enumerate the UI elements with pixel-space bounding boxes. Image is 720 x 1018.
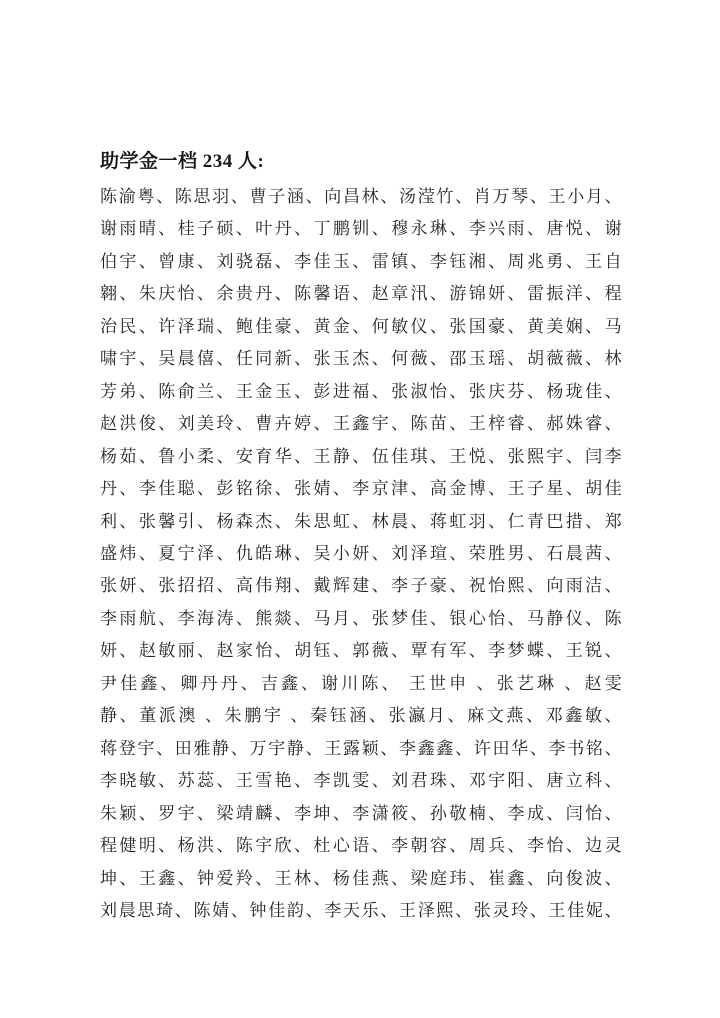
name-list-line: 静、董派澳 、朱鹏宇 、秦钰涵、张瀛月、麻文燕、邓鑫敏、 [100,700,622,732]
name-list-line: 谢雨晴、桂子硕、叶丹、丁鹏钏、穆永琳、李兴雨、唐悦、谢 [100,213,622,245]
name-list-line: 盛炜、夏宁泽、仇皓琳、吴小妍、刘泽瑄、荣胜男、石晨茜、 [100,538,622,570]
name-list-line: 陈渝粤、陈思羽、曹子涵、向昌林、汤滢竹、肖万琴、王小月、 [100,181,622,213]
name-list-line: 李雨航、李海涛、熊燚、马月、张梦佳、银心怡、马静仪、陈 [100,603,622,635]
name-list-line: 张妍、张招招、高伟翔、戴辉建、李子豪、祝怡熙、向雨洁、 [100,570,622,602]
name-list-line: 尹佳鑫、卿丹丹、吉鑫、谢川陈、 王世申 、张艺琳 、赵雯 [100,668,622,700]
name-list-line: 利、张馨引、杨森杰、朱思虹、林晨、蒋虹羽、仁青巴措、郑 [100,506,622,538]
name-list-line: 治民、许泽瑞、鲍佳豪、黄金、何敏仪、张国豪、黄美娴、马 [100,311,622,343]
document-page: 助学金一档 234 人: 陈渝粤、陈思羽、曹子涵、向昌林、汤滢竹、肖万琴、王小月… [0,0,720,1018]
name-list-line: 妍、赵敏丽、赵家怡、胡钰、郭薇、覃有军、李梦蝶、王锐、 [100,635,622,667]
name-list-line: 丹、李佳聪、彭铭徐、张婧、李京津、高金博、王子星、胡佳 [100,473,622,505]
name-list-line: 朱颖、罗宇、梁靖麟、李坤、李潇筱、孙敬楠、李成、闫怡、 [100,798,622,830]
name-list-line: 蒋登宇、田雅静、万宇静、王露颖、李鑫鑫、许田华、李书铭、 [100,733,622,765]
name-list-line: 坤、王鑫、钟爱羚、王林、杨佳燕、梁庭玮、崔鑫、向俊波、 [100,863,622,895]
name-list-line: 杨茹、鲁小柔、安育华、王静、伍佳琪、王悦、张熙宇、闫李 [100,441,622,473]
name-list-line: 赵洪俊、刘美玲、曹卉婷、王鑫宇、陈苗、王梓睿、郝姝睿、 [100,408,622,440]
name-list: 陈渝粤、陈思羽、曹子涵、向昌林、汤滢竹、肖万琴、王小月、 谢雨晴、桂子硕、叶丹、… [100,181,622,927]
name-list-line: 刘晨思琦、陈婧、钟佳韵、李天乐、王泽熙、张灵玲、王佳妮、 [100,895,622,927]
name-list-line: 程健明、杨洪、陈宇欣、杜心语、李朝容、周兵、李怡、边灵 [100,830,622,862]
name-list-line: 伯宇、曾康、刘骁磊、李佳玉、雷镇、李钰湘、周兆勇、王自 [100,246,622,278]
name-list-line: 啸宇、吴晨僖、任同新、张玉杰、何薇、邵玉瑶、胡薇薇、林 [100,343,622,375]
name-list-line: 李晓敏、苏蕊、王雪艳、李凯雯、刘君珠、邓宇阳、唐立科、 [100,765,622,797]
name-list-line: 翱、朱庆怡、余贵丹、陈馨语、赵章汛、游锦妍、雷振洋、程 [100,278,622,310]
name-list-line: 芳弟、陈俞兰、王金玉、彭进福、张淑怡、张庆芬、杨珑佳、 [100,376,622,408]
document-heading: 助学金一档 234 人: [100,146,622,173]
